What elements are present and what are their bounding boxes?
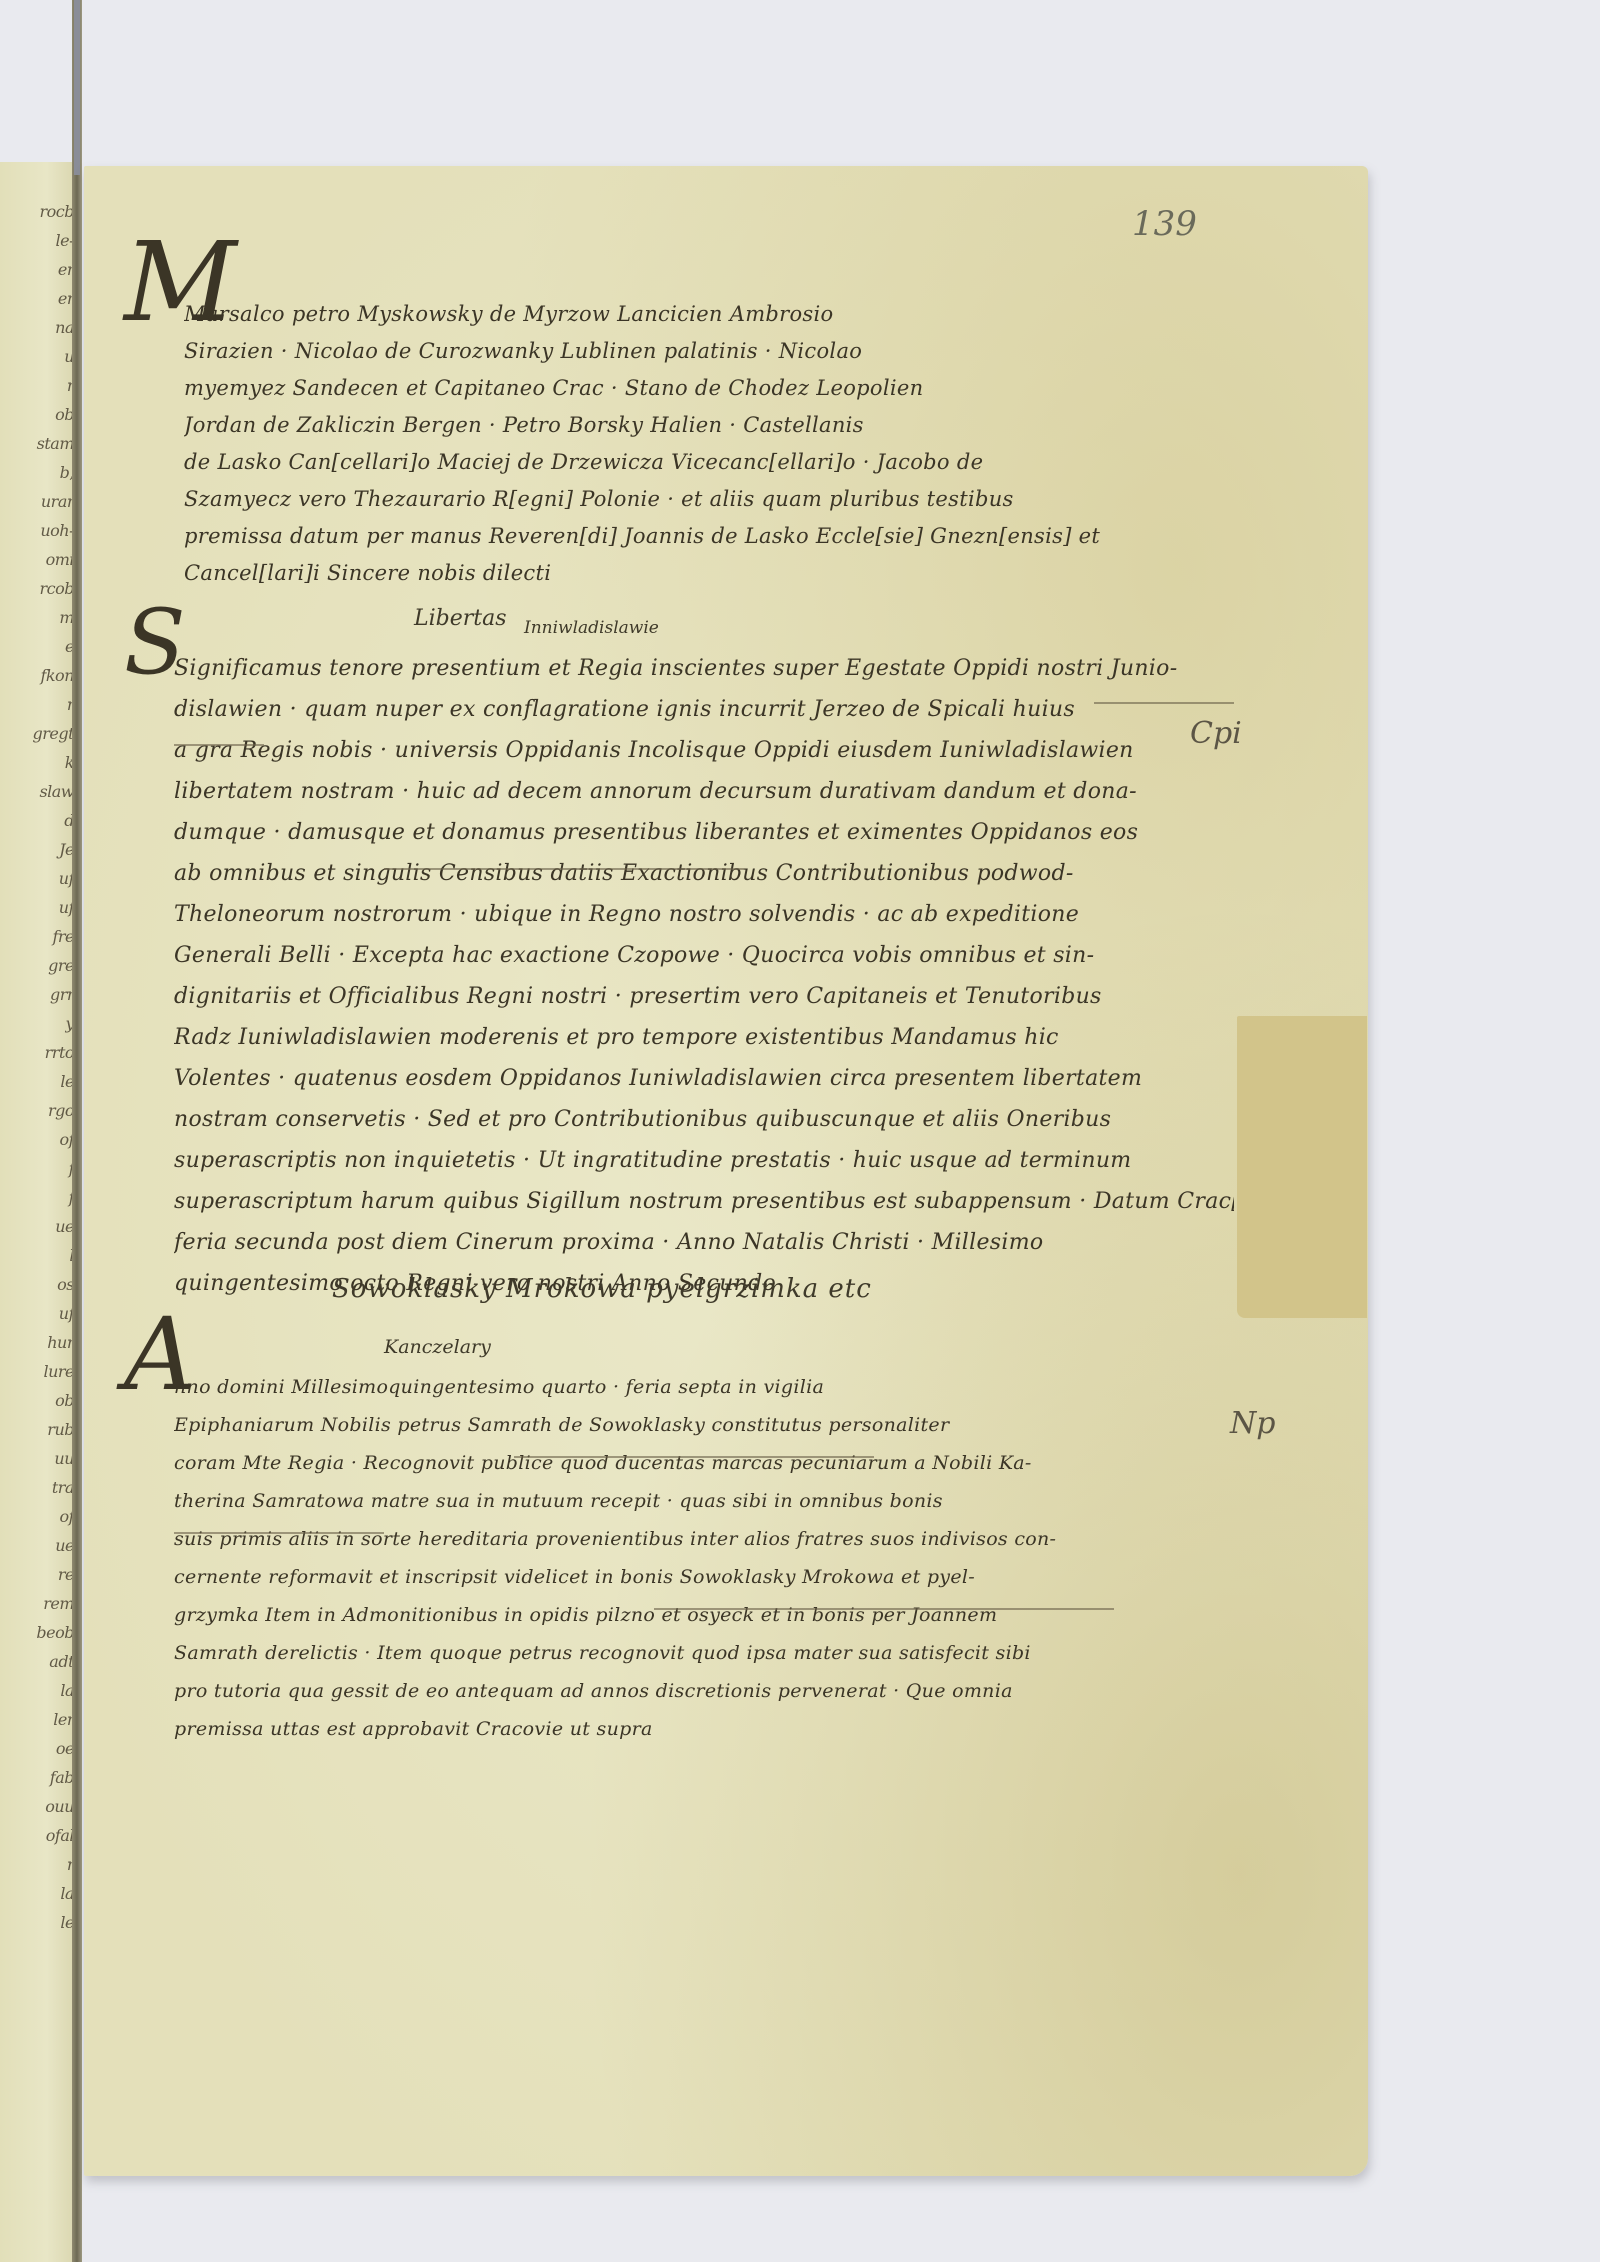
margin-fragment: rcob xyxy=(2,579,74,608)
text-line: Radz Iuniwladislawien moderenis et pro t… xyxy=(174,1025,1234,1066)
margin-fragment: gregt xyxy=(2,724,74,753)
text-line: cernente reformavit et inscripsit videli… xyxy=(174,1566,1224,1604)
margin-fragment: re xyxy=(2,1565,74,1594)
margin-fragment: of xyxy=(2,1507,74,1536)
text-line: Sirazien · Nicolao de Curozwanky Lubline… xyxy=(184,339,1144,376)
entry-2-libertas-text: Significamus tenore presentium et Regia … xyxy=(174,656,1234,1312)
margin-fragment: uf xyxy=(2,898,74,927)
margin-fragment: adt xyxy=(2,1652,74,1681)
text-line: Marsalco petro Myskowsky de Myrzow Lanci… xyxy=(184,302,1144,339)
margin-fragment: grr xyxy=(2,985,74,1014)
margin-fragment: rem xyxy=(2,1594,74,1623)
margin-fragment: u xyxy=(2,347,74,376)
margin-fragment: gre xyxy=(2,956,74,985)
entry-3-heading: Sowoklasky Mrokowa pyelgrzimka etc xyxy=(332,1274,872,1304)
text-underline xyxy=(384,868,744,870)
text-line: nno domini Millesimoquingentesimo quarto… xyxy=(174,1376,1224,1414)
text-line: libertatem nostram · huic ad decem annor… xyxy=(174,779,1234,820)
text-line: superascriptis non inquietetis · Ut ingr… xyxy=(174,1148,1234,1189)
text-line: dislawien · quam nuper ex conflagratione… xyxy=(174,697,1234,738)
text-line: Significamus tenore presentium et Regia … xyxy=(174,656,1234,697)
margin-fragment: ler xyxy=(2,1710,74,1739)
margin-fragment: uf xyxy=(2,869,74,898)
margin-fragment: b, xyxy=(2,463,74,492)
text-line: Szamyecz vero Thezaurario R[egni] Poloni… xyxy=(184,487,1144,524)
margin-fragment: k xyxy=(2,753,74,782)
margin-fragment: slaw xyxy=(2,782,74,811)
margin-fragment: f xyxy=(2,1159,74,1188)
text-line: Cancel[lari]i Sincere nobis dilecti xyxy=(184,561,1144,598)
text-line: Epiphaniarum Nobilis petrus Samrath de S… xyxy=(174,1414,1224,1452)
text-line: myemyez Sandecen et Capitaneo Crac · Sta… xyxy=(184,376,1144,413)
text-underline xyxy=(174,744,264,746)
left-page-fragment: rocble-erernaurobstamb,uraruoh-omircobme… xyxy=(0,162,78,2262)
margin-fragment: hur xyxy=(2,1333,74,1362)
margin-fragment: fre xyxy=(2,927,74,956)
margin-fragment: er xyxy=(2,289,74,318)
margin-fragment: rgo xyxy=(2,1101,74,1130)
text-line: dignitariis et Officialibus Regni nostri… xyxy=(174,984,1234,1025)
margin-fragment: lure xyxy=(2,1362,74,1391)
margin-fragment: y xyxy=(2,1014,74,1043)
margin-fragment: uoh- xyxy=(2,521,74,550)
margin-fragment: l xyxy=(2,1246,74,1275)
margin-fragment: le- xyxy=(2,231,74,260)
margin-fragment: f xyxy=(2,1188,74,1217)
text-line: superascriptum harum quibus Sigillum nos… xyxy=(174,1189,1234,1230)
text-line: pro tutoria qua gessit de eo antequam ad… xyxy=(174,1680,1224,1718)
text-line: Volentes · quatenus eosdem Oppidanos Iun… xyxy=(174,1066,1234,1107)
text-line: premissa uttas est approbavit Cracovie u… xyxy=(174,1718,1224,1756)
entry-3-sowoklasky-text: nno domini Millesimoquingentesimo quarto… xyxy=(174,1376,1224,1756)
margin-fragment: fkon xyxy=(2,666,74,695)
margin-fragment: r xyxy=(2,695,74,724)
text-line: de Lasko Can[cellari]o Maciej de Drzewic… xyxy=(184,450,1144,487)
margin-fragment: uu xyxy=(2,1449,74,1478)
text-line: therina Samratowa matre sua in mutuum re… xyxy=(174,1490,1224,1528)
text-line: Generali Belli · Excepta hac exactione C… xyxy=(174,943,1234,984)
text-line: Samrath derelictis · Item quoque petrus … xyxy=(174,1642,1224,1680)
margin-fragment: os xyxy=(2,1275,74,1304)
margin-fragment: stam xyxy=(2,434,74,463)
text-underline xyxy=(1094,702,1234,704)
text-line: Jordan de Zakliczin Bergen · Petro Borsk… xyxy=(184,413,1144,450)
margin-fragment: tra xyxy=(2,1478,74,1507)
margin-fragment: r xyxy=(2,376,74,405)
book-gutter xyxy=(72,0,82,2262)
margin-fragment: beob xyxy=(2,1623,74,1652)
gutter-shadow xyxy=(74,0,80,175)
margin-fragment: m xyxy=(2,608,74,637)
margin-fragment: er xyxy=(2,260,74,289)
margin-fragment: na xyxy=(2,318,74,347)
margin-fragment: le xyxy=(2,1913,74,1942)
text-line: dumque · damusque et donamus presentibus… xyxy=(174,820,1234,861)
entry-2-heading: Libertas xyxy=(414,606,507,631)
margin-fragment: oe xyxy=(2,1739,74,1768)
entry-3-subheading: Kanczelary xyxy=(384,1336,491,1358)
text-underline xyxy=(654,1608,1114,1610)
margin-fragment: rub xyxy=(2,1420,74,1449)
folio-number: 139 xyxy=(1132,204,1197,244)
margin-fragment: of xyxy=(2,1130,74,1159)
margin-fragment: ue xyxy=(2,1536,74,1565)
margin-fragment: uf xyxy=(2,1304,74,1333)
margin-fragment: ofal xyxy=(2,1826,74,1855)
margin-fragment: omi xyxy=(2,550,74,579)
margin-fragment: ob xyxy=(2,1391,74,1420)
margin-note-cpi: Cpi xyxy=(1190,716,1242,751)
margin-fragment: rrto xyxy=(2,1043,74,1072)
margin-fragment: Je xyxy=(2,840,74,869)
left-page-margin-text: rocble-erernaurobstamb,uraruoh-omircobme… xyxy=(2,202,74,1942)
margin-fragment: ob xyxy=(2,405,74,434)
text-line: nostram conservetis · Sed et pro Contrib… xyxy=(174,1107,1234,1148)
text-line: premissa datum per manus Reveren[di] Joa… xyxy=(184,524,1144,561)
margin-fragment: fab xyxy=(2,1768,74,1797)
paper-repair-patch xyxy=(1237,1016,1367,1318)
text-line: Theloneorum nostrorum · ubique in Regno … xyxy=(174,902,1234,943)
margin-fragment: le xyxy=(2,1072,74,1101)
margin-fragment: urar xyxy=(2,492,74,521)
text-line: feria secunda post diem Cinerum proxima … xyxy=(174,1230,1234,1271)
text-line: a gra Regis nobis · universis Oppidanis … xyxy=(174,738,1234,779)
margin-fragment: e xyxy=(2,637,74,666)
margin-fragment: rocb xyxy=(2,202,74,231)
margin-fragment: ouu xyxy=(2,1797,74,1826)
margin-fragment: r xyxy=(2,1855,74,1884)
margin-note-np: Np xyxy=(1230,1406,1275,1441)
margin-fragment: ue xyxy=(2,1217,74,1246)
entry-2-subheading: Inniwladislawie xyxy=(524,618,659,638)
margin-fragment: la xyxy=(2,1681,74,1710)
margin-fragment: la xyxy=(2,1884,74,1913)
text-underline xyxy=(174,1532,384,1534)
text-underline xyxy=(514,1456,874,1458)
entry-1-witness-list: Marsalco petro Myskowsky de Myrzow Lanci… xyxy=(184,302,1144,598)
manuscript-page: 139 M Marsalco petro Myskowsky de Myrzow… xyxy=(84,166,1368,2176)
margin-fragment: d xyxy=(2,811,74,840)
